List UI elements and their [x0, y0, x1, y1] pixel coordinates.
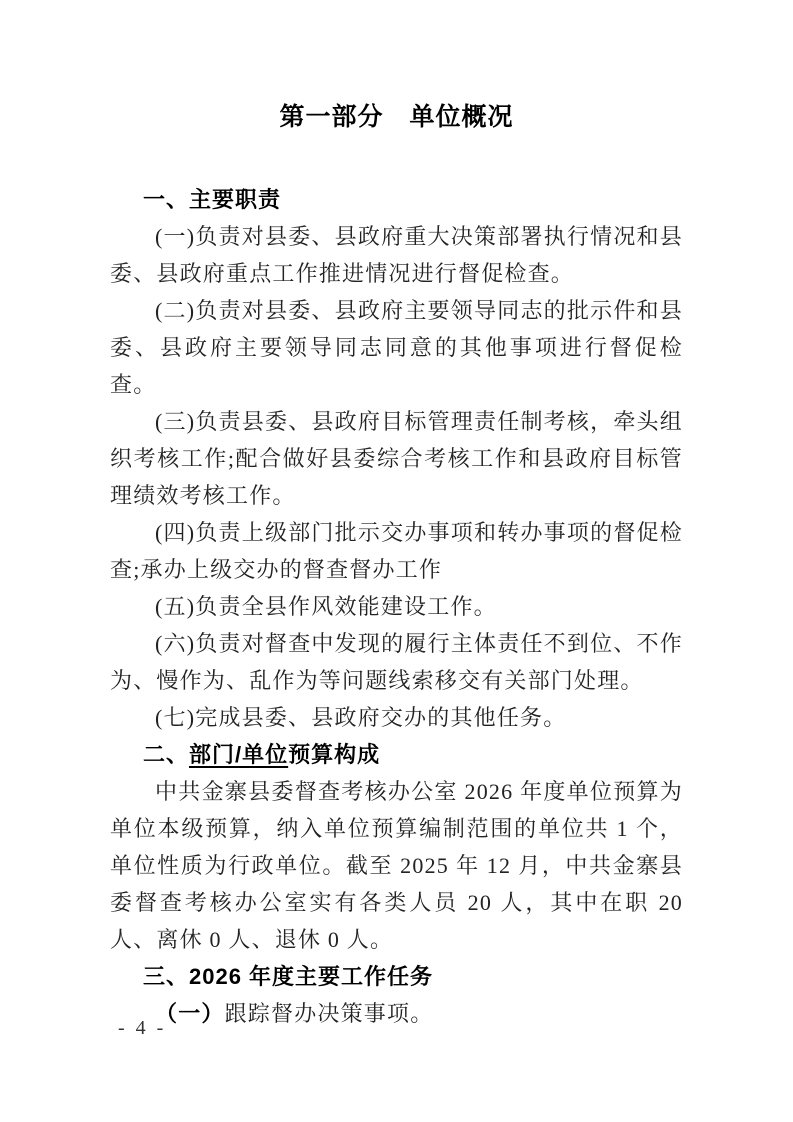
heading-prefix: 二、 [143, 742, 189, 767]
duty-paragraph-4: (四)负责上级部门批示交办事项和转办事项的督促检查;承办上级交办的督查督办工作 [110, 514, 683, 588]
budget-composition-paragraph: 中共金寨县委督查考核办公室 2026 年度单位预算为单位本级预算，纳入单位预算编… [110, 773, 683, 958]
heading-suffix: 预算构成 [288, 742, 380, 767]
duty-paragraph-1: (一)负责对县委、县政府重大决策部署执行情况和县委、县政府重点工作推进情况进行督… [110, 218, 683, 292]
document-page: 第一部分 单位概况 一、主要职责 (一)负责对县委、县政府重大决策部署执行情况和… [0, 0, 793, 1122]
page-title: 第一部分 单位概况 [110, 103, 683, 131]
heading-underlined-text: 部门/单位 [189, 742, 288, 767]
duty-paragraph-2: (二)负责对县委、县政府主要领导同志的批示件和县委、县政府主要领导同志同意的其他… [110, 292, 683, 403]
section-heading-budget-composition: 二、部门/单位预算构成 [110, 736, 683, 773]
task-paragraph-1: （一）跟踪督办决策事项。 [110, 995, 683, 1032]
task-item-text: 跟踪督办决策事项。 [225, 1001, 434, 1026]
duty-paragraph-3: (三)负责县委、县政府目标管理责任制考核，牵头组织考核工作;配合做好县委综合考核… [110, 403, 683, 514]
duty-paragraph-7: (七)完成县委、县政府交办的其他任务。 [110, 699, 683, 736]
document-content: 第一部分 单位概况 一、主要职责 (一)负责对县委、县政府重大决策部署执行情况和… [110, 103, 683, 1032]
page-number: - 4 - [118, 1016, 166, 1040]
duty-paragraph-5: (五)负责全县作风效能建设工作。 [110, 588, 683, 625]
section-heading-work-tasks: 三、2026 年度主要工作任务 [110, 958, 683, 995]
section-heading-main-duties: 一、主要职责 [110, 181, 683, 218]
duty-paragraph-6: (六)负责对督查中发现的履行主体责任不到位、不作为、慢作为、乱作为等问题线索移交… [110, 625, 683, 699]
